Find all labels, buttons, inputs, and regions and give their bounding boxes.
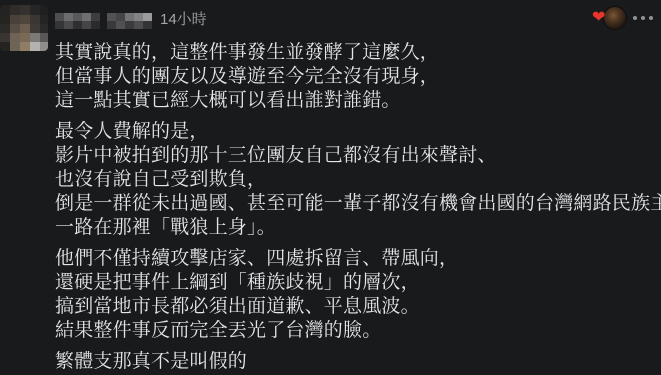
post-text-line: 影片中被拍到的那十三位團友自己都沒有出來聲討、	[55, 144, 655, 168]
ellipsis-icon	[649, 16, 653, 20]
more-options-button[interactable]	[630, 8, 656, 28]
post-text-line: 倒是一群從未出過國、甚至可能一輩子都沒有機會出國的台灣網路民族主義者，	[55, 192, 655, 216]
heart-reaction-icon: ❤	[592, 10, 605, 26]
reactor-avatar	[604, 7, 626, 29]
author-name-blur-mosaic	[55, 11, 155, 30]
timestamp: 14小時	[160, 10, 207, 30]
post-text-line: 最令人費解的是，	[55, 120, 655, 144]
post-text-line: 一路在那裡「戰狼上身」。	[55, 216, 655, 240]
post-card: 14小時 ❤ 其實說真的，這整件事發生並發酵了這麼久， 但當事人的團友以及導遊至…	[0, 0, 661, 375]
post-text-line: 但當事人的團友以及導遊至今完全沒有現身，	[55, 65, 655, 89]
post-text-line: 繁體支那真不是叫假的	[55, 350, 655, 374]
post-text-line: 結果整件事反而完全丟光了台灣的臉。	[55, 319, 655, 343]
reaction-badge[interactable]: ❤	[592, 6, 626, 30]
post-text-line: 也沒有說自己受到欺負，	[55, 168, 655, 192]
author-name-blurred[interactable]	[55, 11, 155, 30]
post-text-line: 搞到當地市長都必須出面道歉、平息風波。	[55, 295, 655, 319]
avatar[interactable]	[0, 5, 48, 51]
post-text-line: 這一點其實已經大概可以看出誰對誰錯。	[55, 89, 655, 113]
post-text-line: 其實說真的，這整件事發生並發酵了這麼久，	[55, 41, 655, 65]
post-content: 其實說真的，這整件事發生並發酵了這麼久， 但當事人的團友以及導遊至今完全沒有現身…	[55, 34, 655, 374]
post-text-line: 他們不僅持續攻擊店家、四處拆留言、帶風向，	[55, 247, 655, 271]
ellipsis-icon	[633, 16, 637, 20]
avatar-blur-mosaic	[0, 5, 48, 51]
ellipsis-icon	[641, 16, 645, 20]
post-text-line: 還硬是把事件上綱到「種族歧視」的層次，	[55, 271, 655, 295]
